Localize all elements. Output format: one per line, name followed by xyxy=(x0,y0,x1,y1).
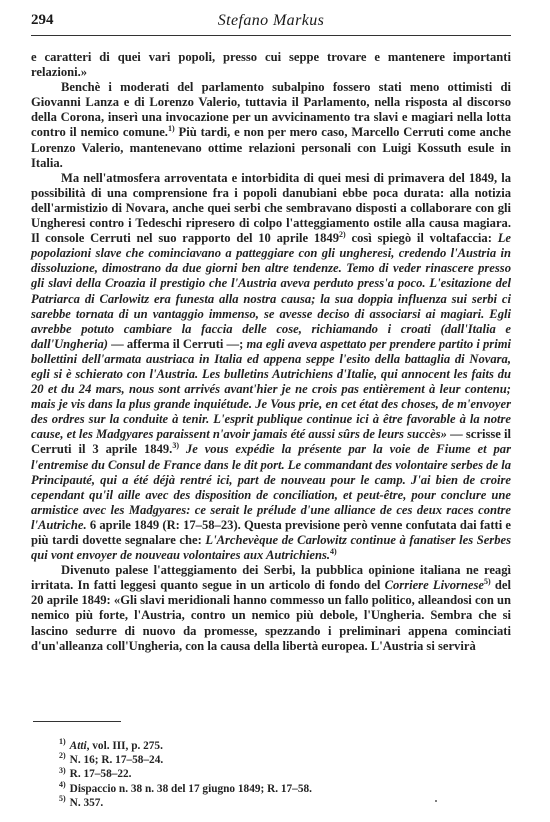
footnote-mark: 1) xyxy=(59,737,66,746)
quotation-italic: Le popolazioni slave che cominciavano a … xyxy=(31,231,511,351)
footnote-text: N. 16; R. 17–58–24. xyxy=(70,754,164,766)
footnote-2: 2)N. 16; R. 17–58–24. xyxy=(59,753,479,767)
footnote-text: Dispaccio n. 38 n. 38 del 17 giugno 1849… xyxy=(70,783,312,795)
footnote-italic: Atti xyxy=(70,740,87,752)
footnote-3: 3)R. 17–58–22. xyxy=(59,767,479,781)
quotation-italic: ma egli aveva aspettato per prendere par… xyxy=(31,337,511,442)
footnote-5: 5)N. 357. xyxy=(59,796,479,810)
paragraph: Ma nell'atmosfera arroventata e intorbid… xyxy=(31,171,511,563)
paragraph: Benchè i moderati del parlamento subalpi… xyxy=(31,80,511,171)
footnote-mark: 3) xyxy=(59,766,66,775)
paragraph: Divenuto palese l'atteggiamento dei Serb… xyxy=(31,563,511,654)
running-head: 294 Stefano Markus xyxy=(31,12,511,32)
text-run: così spiegò il voltafaccia: xyxy=(346,231,498,245)
scan-speck xyxy=(435,800,437,802)
footnote-ref-1[interactable]: 1) xyxy=(168,124,175,133)
newspaper-title: Corriere Livornese xyxy=(385,578,484,592)
footnote-text: N. 357. xyxy=(70,797,104,809)
footnote-ref-3[interactable]: 3) xyxy=(172,441,179,450)
footnote-1: 1)Atti, vol. III, p. 275. xyxy=(59,739,479,753)
footnote-mark: 5) xyxy=(59,794,66,803)
footnote-text: R. 17–58–22. xyxy=(70,768,132,780)
footnote-mark: 4) xyxy=(59,780,66,789)
footnote-ref-4[interactable]: 4) xyxy=(330,547,337,556)
text-run: — afferma il Cerruti —; xyxy=(108,337,247,351)
text-run: e caratteri di quei vari popoli, presso … xyxy=(31,50,511,79)
footnote-ref-5[interactable]: 5) xyxy=(484,577,491,586)
footnote-4: 4)Dispaccio n. 38 n. 38 del 17 giugno 18… xyxy=(59,782,479,796)
footnotes: 1)Atti, vol. III, p. 275. 2)N. 16; R. 17… xyxy=(59,739,479,810)
body-text: e caratteri di quei vari popoli, presso … xyxy=(31,50,511,654)
paragraph-continuation: e caratteri di quei vari popoli, presso … xyxy=(31,50,511,80)
running-title: Stefano Markus xyxy=(31,12,511,30)
header-rule xyxy=(31,35,511,36)
footnote-separator xyxy=(33,721,121,722)
footnote-ref-2[interactable]: 2) xyxy=(339,230,346,239)
footnote-mark: 2) xyxy=(59,751,66,760)
footnote-text: , vol. III, p. 275. xyxy=(87,740,163,752)
